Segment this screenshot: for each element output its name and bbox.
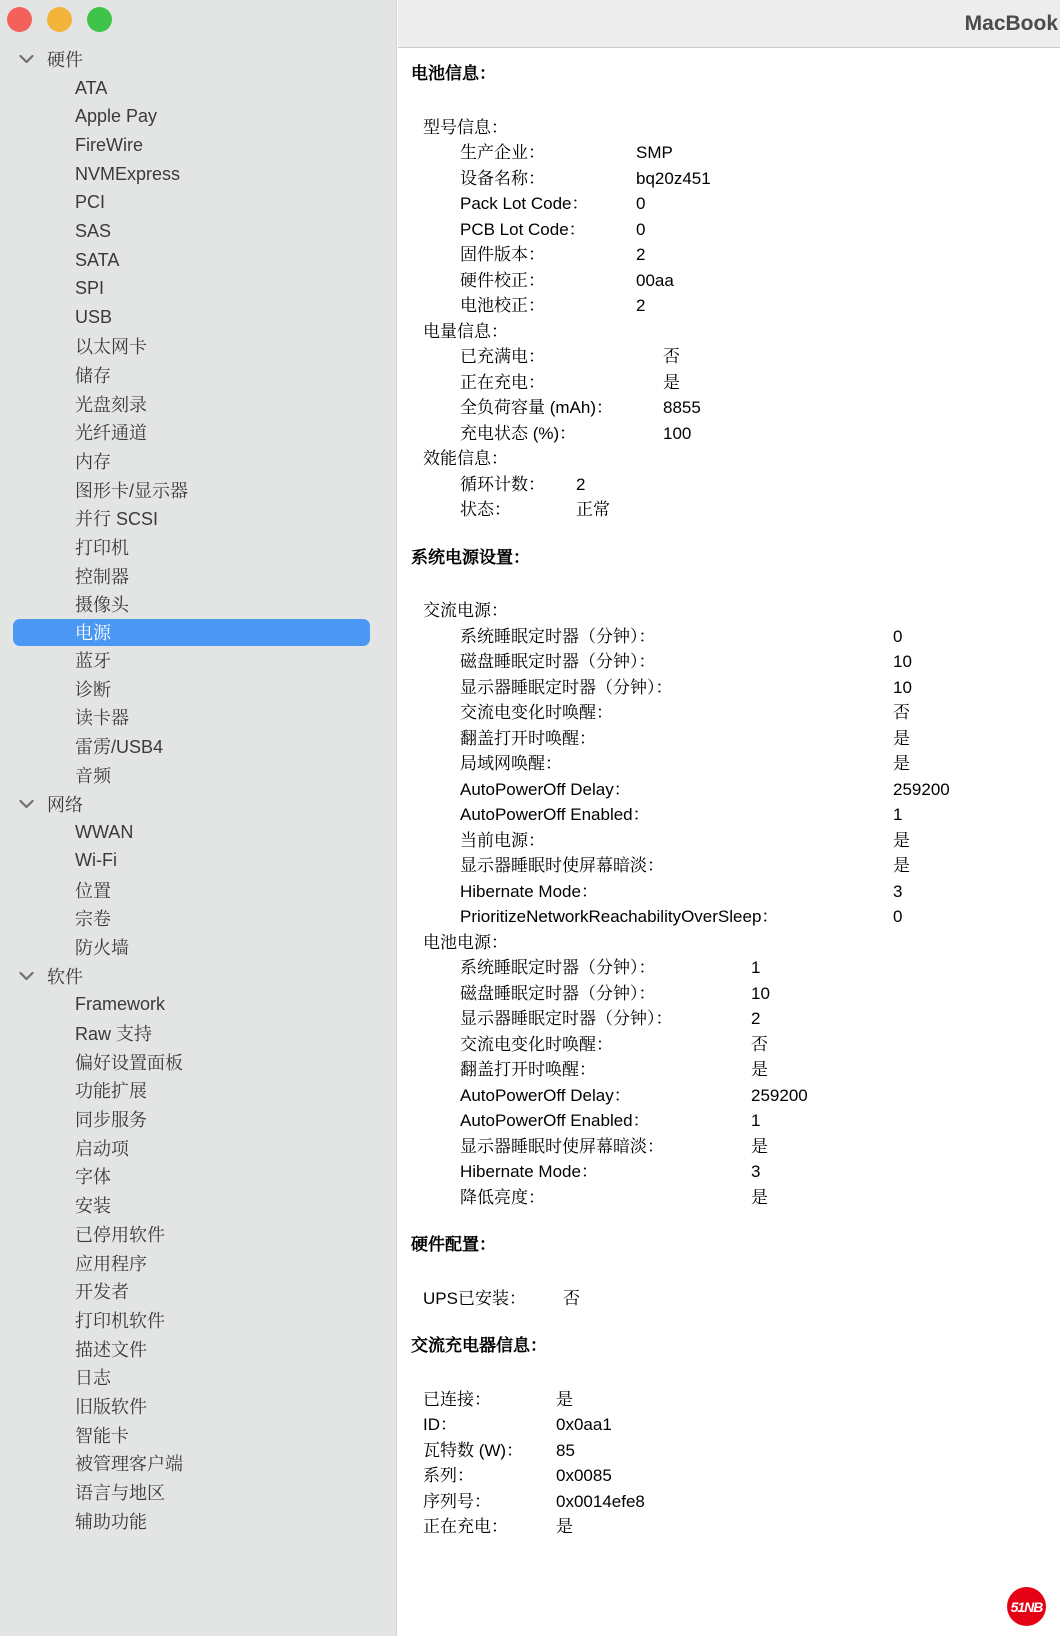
sidebar-item[interactable]: 图形卡/显示器: [0, 475, 395, 504]
info-value: 否: [663, 344, 680, 370]
sidebar-item-label: 语言与地区: [75, 1479, 165, 1505]
sidebar-item-label: 打印机: [75, 534, 129, 560]
section-title: 电池信息：: [411, 61, 1059, 87]
info-row: 电池校正：2: [460, 293, 1059, 319]
sidebar-item-label: 安装: [75, 1192, 111, 1218]
info-value: 1: [751, 1108, 760, 1134]
info-row: PrioritizeNetworkReachabilityOverSleep：0: [460, 904, 1059, 930]
window-controls: [7, 7, 112, 32]
info-label: PCB Lot Code：: [460, 217, 636, 243]
info-value: 2: [636, 293, 645, 319]
info-value: 是: [663, 370, 680, 396]
info-value: 2: [576, 472, 585, 498]
info-label: 显示器睡眠定时器（分钟）：: [460, 675, 893, 701]
titlebar: MacBook: [398, 0, 1060, 48]
sidebar-item[interactable]: 开发者: [0, 1277, 395, 1306]
group-label: 电量信息：: [423, 319, 1059, 345]
zoom-button[interactable]: [87, 7, 112, 32]
info-label: 显示器睡眠时使屏幕暗淡：: [460, 1134, 751, 1160]
sidebar-item[interactable]: 光盘刻录: [0, 389, 395, 418]
info-label: AutoPowerOff Enabled：: [460, 802, 893, 828]
info-label: 交流电变化时唤醒：: [460, 1032, 751, 1058]
sidebar-item[interactable]: Apple Pay: [0, 102, 395, 131]
info-row: 显示器睡眠时使屏幕暗淡：是: [460, 1134, 1059, 1160]
sidebar-item-label: 开发者: [75, 1278, 129, 1304]
info-label: Pack Lot Code：: [460, 191, 636, 217]
sidebar-item-label: 智能卡: [75, 1422, 129, 1448]
info-value: 是: [893, 726, 910, 752]
sidebar-item-label: 光盘刻录: [75, 391, 147, 417]
info-label: 显示器睡眠定时器（分钟）：: [460, 1006, 751, 1032]
sidebar-item[interactable]: 智能卡: [0, 1420, 395, 1449]
info-value: 是: [556, 1387, 573, 1413]
info-label: 生产企业：: [460, 140, 636, 166]
sidebar-item-label: 摄像头: [75, 591, 129, 617]
info-value: 0: [893, 904, 902, 930]
sidebar-item-label: 储存: [75, 362, 111, 388]
info-label: AutoPowerOff Delay：: [460, 777, 893, 803]
sidebar-item[interactable]: 安装: [0, 1191, 395, 1220]
info-row: Hibernate Mode：3: [460, 1159, 1059, 1185]
sidebar-item-label: 防火墙: [75, 934, 129, 960]
info-value: 是: [556, 1514, 573, 1540]
info-label: 硬件校正：: [460, 268, 636, 294]
sidebar-item-label: Framework: [75, 994, 165, 1015]
info-label: 充电状态 (%)：: [460, 421, 663, 447]
sidebar-item-label: 字体: [75, 1163, 111, 1189]
info-label: 交流电变化时唤醒：: [460, 700, 893, 726]
sidebar-item[interactable]: 以太网卡: [0, 332, 395, 361]
info-row: Pack Lot Code：0: [460, 191, 1059, 217]
info-row: 翻盖打开时唤醒：是: [460, 726, 1059, 752]
info-row: 显示器睡眠时使屏幕暗淡：是: [460, 853, 1059, 879]
sidebar-section[interactable]: 网络: [0, 789, 395, 818]
sidebar-item-label: 已停用软件: [75, 1221, 165, 1247]
info-label: 系列：: [423, 1463, 556, 1489]
sidebar-item-label: 蓝牙: [75, 647, 111, 673]
sidebar-item[interactable]: NVMExpress: [0, 160, 395, 189]
info-label: 磁盘睡眠定时器（分钟）：: [460, 981, 751, 1007]
sidebar-item[interactable]: SATA: [0, 246, 395, 275]
sidebar-item-label: 位置: [75, 877, 111, 903]
sidebar-item-label: 光纤通道: [75, 419, 147, 445]
sidebar-item-label: 被管理客户端: [75, 1450, 183, 1476]
sidebar-item-label: SPI: [75, 278, 104, 299]
close-button[interactable]: [7, 7, 32, 32]
info-value: 否: [563, 1286, 580, 1312]
sidebar-item[interactable]: 雷雳/USB4: [0, 732, 395, 761]
sidebar-item[interactable]: 音频: [0, 761, 395, 790]
sidebar-item[interactable]: 语言与地区: [0, 1478, 395, 1507]
info-row: AutoPowerOff Delay：259200: [460, 777, 1059, 803]
info-value: 是: [751, 1185, 768, 1211]
sidebar-item-label: 启动项: [75, 1135, 129, 1161]
info-value: 0: [893, 624, 902, 650]
info-value: 正常: [576, 497, 610, 523]
info-label: Hibernate Mode：: [460, 1159, 751, 1185]
info-value: 1: [751, 955, 760, 981]
info-row: 循环计数：2: [460, 472, 1059, 498]
sidebar-item-label: 打印机软件: [75, 1307, 165, 1333]
info-label: AutoPowerOff Enabled：: [460, 1108, 751, 1134]
sidebar-item-label: SATA: [75, 250, 119, 271]
sidebar-item-label: WWAN: [75, 822, 133, 843]
sidebar-item[interactable]: WWAN: [0, 818, 395, 847]
info-value: 85: [556, 1438, 575, 1464]
info-value: 10: [893, 649, 912, 675]
info-value: bq20z451: [636, 166, 711, 192]
info-row: ID：0x0aa1: [423, 1412, 1059, 1438]
info-label: 翻盖打开时唤醒：: [460, 726, 893, 752]
info-value: 是: [893, 853, 910, 879]
sidebar-item[interactable]: FireWire: [0, 131, 395, 160]
info-row: Hibernate Mode：3: [460, 879, 1059, 905]
info-row: 正在充电：是: [423, 1514, 1059, 1540]
info-label: 系统睡眠定时器（分钟）：: [460, 955, 751, 981]
info-label: 显示器睡眠时使屏幕暗淡：: [460, 853, 893, 879]
info-row: 局域网唤醒：是: [460, 751, 1059, 777]
info-value: SMP: [636, 140, 673, 166]
info-row: 生产企业：SMP: [460, 140, 1059, 166]
section-title: 系统电源设置：: [411, 545, 1059, 571]
info-row: UPS已安装：否: [423, 1286, 1059, 1312]
sidebar-item-label: 诊断: [75, 676, 111, 702]
sidebar-item[interactable]: 偏好设置面板: [0, 1047, 395, 1076]
sidebar-item-label: Raw 支持: [75, 1020, 152, 1046]
sidebar-item-label: 宗卷: [75, 905, 111, 931]
info-value: 2: [636, 242, 645, 268]
info-row: 硬件校正：00aa: [460, 268, 1059, 294]
sidebar-item-label: 描述文件: [75, 1336, 147, 1362]
sidebar-item-label: 功能扩展: [75, 1077, 147, 1103]
51nb-logo-text: 51NB: [1011, 1599, 1043, 1615]
info-row: 设备名称：bq20z451: [460, 166, 1059, 192]
sidebar-item-label: Wi-Fi: [75, 850, 117, 871]
sidebar-item[interactable]: 诊断: [0, 674, 395, 703]
sidebar-item-label: 旧版软件: [75, 1393, 147, 1419]
sidebar-item[interactable]: Wi-Fi: [0, 847, 395, 876]
sidebar-item[interactable]: 旧版软件: [0, 1392, 395, 1421]
sidebar-item-label: ATA: [75, 78, 107, 99]
info-label: 循环计数：: [460, 472, 576, 498]
group-label: 型号信息：: [423, 115, 1059, 141]
info-row: 系统睡眠定时器（分钟）：0: [460, 624, 1059, 650]
info-row: 磁盘睡眠定时器（分钟）：10: [460, 981, 1059, 1007]
info-row: AutoPowerOff Delay：259200: [460, 1083, 1059, 1109]
info-row: 降低亮度：是: [460, 1185, 1059, 1211]
info-label: 磁盘睡眠定时器（分钟）：: [460, 649, 893, 675]
sidebar-item[interactable]: 并行 SCSI: [0, 504, 395, 533]
sidebar-item[interactable]: 功能扩展: [0, 1076, 395, 1105]
sidebar-item[interactable]: 摄像头: [0, 590, 395, 619]
info-row: 交流电变化时唤醒：否: [460, 700, 1059, 726]
chevron-down-icon[interactable]: [19, 799, 34, 809]
main-panel: MacBook 电池信息：型号信息：生产企业：SMP设备名称：bq20z451P…: [398, 0, 1060, 1636]
sidebar-item-label: 应用程序: [75, 1250, 147, 1276]
info-value: 00aa: [636, 268, 674, 294]
info-label: 局域网唤醒：: [460, 751, 893, 777]
info-value: 10: [751, 981, 770, 1007]
info-value: 3: [893, 879, 902, 905]
info-label: AutoPowerOff Delay：: [460, 1083, 751, 1109]
info-label: 当前电源：: [460, 828, 893, 854]
info-value: 1: [893, 802, 902, 828]
sidebar-item-label: 偏好设置面板: [75, 1049, 183, 1075]
info-row: 显示器睡眠定时器（分钟）：10: [460, 675, 1059, 701]
info-row: 翻盖打开时唤醒：是: [460, 1057, 1059, 1083]
info-label: PrioritizeNetworkReachabilityOverSleep：: [460, 904, 893, 930]
info-row: 已连接：是: [423, 1387, 1059, 1413]
info-value: 259200: [893, 777, 950, 803]
info-label: 全负荷容量 (mAh)：: [460, 395, 663, 421]
info-row: 显示器睡眠定时器（分钟）：2: [460, 1006, 1059, 1032]
info-row: 全负荷容量 (mAh)：8855: [460, 395, 1059, 421]
info-row: AutoPowerOff Enabled：1: [460, 1108, 1059, 1134]
group-label: 电池电源：: [423, 930, 1059, 956]
sidebar-item[interactable]: PCI: [0, 188, 395, 217]
sidebar-item-label: 图形卡/显示器: [75, 477, 188, 503]
sidebar-item-selected[interactable]: 电源: [13, 619, 370, 646]
content: 电池信息：型号信息：生产企业：SMP设备名称：bq20z451Pack Lot …: [398, 48, 1059, 1540]
info-row: 系统睡眠定时器（分钟）：1: [460, 955, 1059, 981]
chevron-down-icon[interactable]: [19, 971, 34, 981]
info-value: 2: [751, 1006, 760, 1032]
info-value: 是: [893, 751, 910, 777]
sidebar-item-label: 电源: [75, 619, 111, 645]
info-label: 固件版本：: [460, 242, 636, 268]
sidebar-item[interactable]: 控制器: [0, 561, 395, 590]
sidebar-item-label: 内存: [75, 448, 111, 474]
sidebar-item-label: FireWire: [75, 135, 143, 156]
sidebar-section-label: 硬件: [47, 46, 83, 72]
sidebar-section-label: 软件: [47, 963, 83, 989]
sidebar-item-label: 读卡器: [75, 704, 129, 730]
info-value: 8855: [663, 395, 701, 421]
sidebar-item[interactable]: 位置: [0, 875, 395, 904]
sidebar-item-label: 并行 SCSI: [75, 505, 158, 531]
sidebar-section-label: 网络: [47, 791, 83, 817]
info-label: 正在充电：: [423, 1514, 556, 1540]
sidebar-item[interactable]: 宗卷: [0, 904, 395, 933]
info-value: 否: [751, 1032, 768, 1058]
sidebar-item[interactable]: Framework: [0, 990, 395, 1019]
info-value: 10: [893, 675, 912, 701]
info-label: 系统睡眠定时器（分钟）：: [460, 624, 893, 650]
sidebar-item-label: 同步服务: [75, 1106, 147, 1132]
info-row: 瓦特数 (W)：85: [423, 1438, 1059, 1464]
group-label: 效能信息：: [423, 446, 1059, 472]
info-label: 已连接：: [423, 1387, 556, 1413]
sidebar-item[interactable]: 描述文件: [0, 1334, 395, 1363]
sidebar-item-label: PCI: [75, 192, 105, 213]
info-row: 已充满电：否: [460, 344, 1059, 370]
sidebar-item[interactable]: 应用程序: [0, 1248, 395, 1277]
sidebar-item[interactable]: USB: [0, 303, 395, 332]
info-value: 是: [751, 1057, 768, 1083]
sidebar-item[interactable]: 同步服务: [0, 1105, 395, 1134]
sidebar-item[interactable]: 读卡器: [0, 703, 395, 732]
info-value: 259200: [751, 1083, 808, 1109]
info-label: 正在充电：: [460, 370, 663, 396]
info-label: 瓦特数 (W)：: [423, 1438, 556, 1464]
sidebar-item[interactable]: 被管理客户端: [0, 1449, 395, 1478]
sidebar-item-label: 控制器: [75, 563, 129, 589]
info-row: 当前电源：是: [460, 828, 1059, 854]
info-label: ID：: [423, 1412, 556, 1438]
info-label: UPS已安装：: [423, 1286, 563, 1312]
info-label: Hibernate Mode：: [460, 879, 893, 905]
info-value: 0: [636, 217, 645, 243]
sidebar-item-label: 音频: [75, 762, 111, 788]
info-label: 电池校正：: [460, 293, 636, 319]
info-row: 充电状态 (%)：100: [460, 421, 1059, 447]
sidebar-item[interactable]: 内存: [0, 447, 395, 476]
info-row: 正在充电：是: [460, 370, 1059, 396]
info-value: 是: [751, 1134, 768, 1160]
sidebar-item[interactable]: 打印机软件: [0, 1306, 395, 1335]
sidebar-section[interactable]: 软件: [0, 961, 395, 990]
section-title: 交流充电器信息：: [411, 1333, 1059, 1359]
sidebar-item-label: Apple Pay: [75, 106, 157, 127]
info-row: PCB Lot Code：0: [460, 217, 1059, 243]
sidebar-item[interactable]: ATA: [0, 74, 395, 103]
info-label: 已充满电：: [460, 344, 663, 370]
info-row: 磁盘睡眠定时器（分钟）：10: [460, 649, 1059, 675]
info-row: 系列：0x0085: [423, 1463, 1059, 1489]
sidebar-item[interactable]: 启动项: [0, 1133, 395, 1162]
sidebar-list: 硬件ATAApple PayFireWireNVMExpressPCISASSA…: [0, 45, 395, 1535]
sidebar-item[interactable]: Raw 支持: [0, 1019, 395, 1048]
group-label: 交流电源：: [423, 598, 1059, 624]
info-value: 100: [663, 421, 691, 447]
sidebar-item[interactable]: 打印机: [0, 533, 395, 562]
window-title: MacBook: [965, 12, 1058, 36]
info-row: 交流电变化时唤醒：否: [460, 1032, 1059, 1058]
info-row: AutoPowerOff Enabled：1: [460, 802, 1059, 828]
info-value: 0x0014efe8: [556, 1489, 645, 1515]
info-label: 翻盖打开时唤醒：: [460, 1057, 751, 1083]
sidebar-item[interactable]: 储存: [0, 361, 395, 390]
info-row: 序列号：0x0014efe8: [423, 1489, 1059, 1515]
info-value: 0: [636, 191, 645, 217]
sidebar-item[interactable]: 字体: [0, 1162, 395, 1191]
section-title: 硬件配置：: [411, 1232, 1059, 1258]
sidebar-item[interactable]: 日志: [0, 1363, 395, 1392]
info-label: 序列号：: [423, 1489, 556, 1515]
sidebar-section[interactable]: 硬件: [0, 45, 395, 74]
info-label: 状态：: [460, 497, 576, 523]
sidebar: 硬件ATAApple PayFireWireNVMExpressPCISASSA…: [0, 0, 397, 1636]
info-value: 否: [893, 700, 910, 726]
info-value: 3: [751, 1159, 760, 1185]
sidebar-item[interactable]: 光纤通道: [0, 418, 395, 447]
info-value: 是: [893, 828, 910, 854]
sidebar-item-label: 雷雳/USB4: [75, 733, 163, 759]
sidebar-item-label: 辅助功能: [75, 1508, 147, 1534]
info-label: 设备名称：: [460, 166, 636, 192]
info-row: 状态：正常: [460, 497, 1059, 523]
sidebar-item[interactable]: 已停用软件: [0, 1220, 395, 1249]
chevron-down-icon[interactable]: [19, 54, 34, 64]
info-label: 降低亮度：: [460, 1185, 751, 1211]
minimize-button[interactable]: [47, 7, 72, 32]
51nb-logo: 51NB: [1007, 1587, 1046, 1626]
sidebar-item-label: 日志: [75, 1364, 111, 1390]
info-row: 固件版本：2: [460, 242, 1059, 268]
sidebar-item-label: NVMExpress: [75, 164, 180, 185]
sidebar-item[interactable]: 蓝牙: [0, 646, 395, 675]
sidebar-item-label: SAS: [75, 221, 111, 242]
info-value: 0x0085: [556, 1463, 612, 1489]
sidebar-item[interactable]: 辅助功能: [0, 1506, 395, 1535]
info-value: 0x0aa1: [556, 1412, 612, 1438]
sidebar-item-label: USB: [75, 307, 112, 328]
sidebar-item[interactable]: SPI: [0, 275, 395, 304]
sidebar-item-label: 以太网卡: [75, 333, 147, 359]
sidebar-item[interactable]: SAS: [0, 217, 395, 246]
sidebar-item[interactable]: 防火墙: [0, 933, 395, 962]
